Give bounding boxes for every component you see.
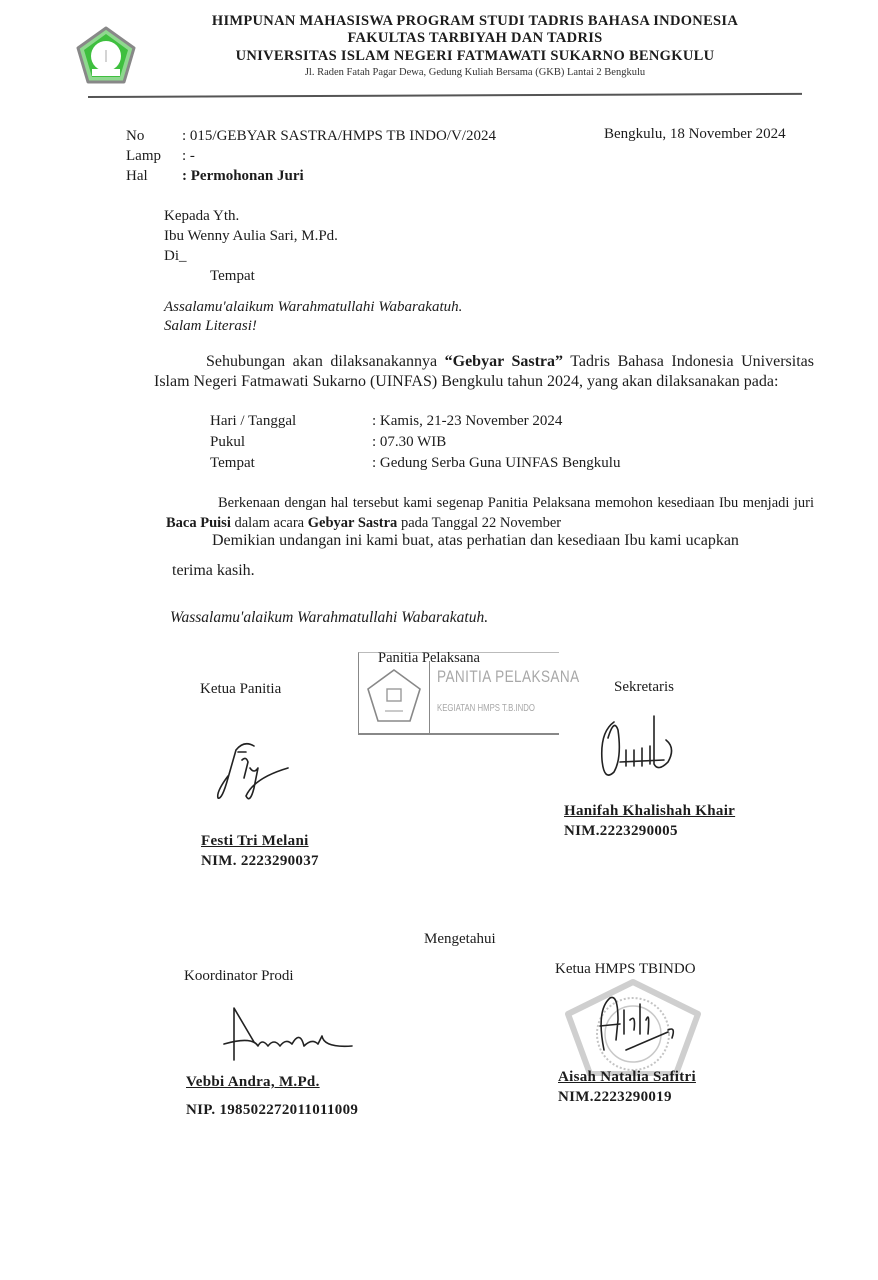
sekretaris-title: Sekretaris bbox=[614, 679, 674, 696]
ketua-name: Festi Tri Melani bbox=[201, 833, 309, 850]
p2-text: Berkenaan dengan hal tersebut kami segen… bbox=[218, 495, 814, 511]
attachment-value: : - bbox=[182, 148, 195, 164]
recipient-di: Di_ bbox=[164, 246, 338, 266]
body-paragraph-1: Sehubungan akan dilaksanakannya “Gebyar … bbox=[154, 352, 814, 392]
sekretaris-nim: NIM.2223290005 bbox=[564, 823, 678, 840]
ketua-hmps-name: Aisah Natalia Safitri bbox=[558, 1069, 696, 1086]
mengetahui-label: Mengetahui bbox=[424, 931, 496, 948]
university-logo-icon bbox=[74, 24, 138, 88]
recipient-name: Ibu Wenny Aulia Sari, M.Pd. bbox=[164, 226, 338, 246]
stamp-text-1: PANITIA PELAKSANA bbox=[437, 667, 580, 687]
p2-text-cont: dalam acara bbox=[231, 515, 308, 531]
stamp-label: Panitia Pelaksana bbox=[378, 650, 480, 667]
no-label: No bbox=[126, 126, 182, 146]
event-name-2: Gebyar Sastra bbox=[308, 515, 398, 531]
detail-label: Hari / Tanggal bbox=[210, 411, 372, 432]
letterhead-faculty: FAKULTAS TARBIYAH DAN TADRIS bbox=[150, 30, 800, 46]
ketua-title: Ketua Panitia bbox=[200, 681, 281, 698]
closing-salam: Wassalamu'alaikum Warahmatullahi Wabarak… bbox=[170, 609, 488, 627]
stamp-text-2: KEGIATAN HMPS T.B.INDO bbox=[437, 703, 535, 714]
letter-meta: No: 015/GEBYAR SASTRA/HMPS TB INDO/V/202… bbox=[126, 126, 496, 186]
ketua-hmps-nim: NIM.2223290019 bbox=[558, 1089, 672, 1106]
detail-value: : Kamis, 21-23 November 2024 bbox=[372, 413, 562, 429]
sekretaris-signature-icon bbox=[592, 712, 682, 786]
greeting-literasi: Salam Literasi! bbox=[164, 317, 462, 336]
detail-label: Pukul bbox=[210, 432, 372, 453]
sekretaris-name: Hanifah Khalishah Khair bbox=[564, 803, 735, 820]
koordinator-name: Vebbi Andra, M.Pd. bbox=[186, 1074, 320, 1091]
detail-row-date: Hari / Tanggal: Kamis, 21-23 November 20… bbox=[210, 411, 620, 432]
subject-value: : Permohonan Juri bbox=[182, 168, 304, 184]
letterhead: HIMPUNAN MAHASISWA PROGRAM STUDI TADRIS … bbox=[150, 12, 800, 80]
ketua-hmps-signature-icon bbox=[586, 990, 686, 1062]
detail-value: : Gedung Serba Guna UINFAS Bengkulu bbox=[372, 455, 620, 471]
ketua-nim: NIM. 2223290037 bbox=[201, 853, 319, 870]
p1-text: Sehubungan akan dilaksanakannya bbox=[206, 353, 445, 370]
body-paragraph-2: Berkenaan dengan hal tersebut kami segen… bbox=[166, 493, 814, 533]
koordinator-nip: NIP. 198502272011011009 bbox=[186, 1102, 358, 1119]
letterhead-address: Jl. Raden Fatah Pagar Dewa, Gedung Kulia… bbox=[150, 66, 800, 80]
place-date: Bengkulu, 18 November 2024 bbox=[604, 126, 786, 143]
event-name: “Gebyar Sastra” bbox=[445, 353, 563, 370]
body-paragraph-3: Demikian undangan ini kami buat, atas pe… bbox=[212, 532, 739, 550]
letter-number: : 015/GEBYAR SASTRA/HMPS TB INDO/V/2024 bbox=[182, 128, 496, 144]
event-details: Hari / Tanggal: Kamis, 21-23 November 20… bbox=[210, 411, 620, 474]
recipient-salutation: Kepada Yth. bbox=[164, 206, 338, 226]
detail-value: : 07.30 WIB bbox=[372, 434, 446, 450]
letterhead-org: HIMPUNAN MAHASISWA PROGRAM STUDI TADRIS … bbox=[150, 12, 800, 30]
koordinator-title: Koordinator Prodi bbox=[184, 968, 294, 985]
hal-label: Hal bbox=[126, 166, 182, 186]
detail-row-time: Pukul: 07.30 WIB bbox=[210, 432, 620, 453]
ketua-signature-icon bbox=[214, 738, 304, 810]
recipient-block: Kepada Yth. Ibu Wenny Aulia Sari, M.Pd. … bbox=[164, 206, 338, 286]
letterhead-divider bbox=[88, 93, 802, 98]
letterhead-university: UNIVERSITAS ISLAM NEGERI FATMAWATI SUKAR… bbox=[150, 46, 800, 66]
p2-date: pada Tanggal 22 November bbox=[397, 515, 561, 531]
greeting-salam: Assalamu'alaikum Warahmatullahi Wabaraka… bbox=[164, 298, 462, 317]
recipient-place: Tempat bbox=[164, 266, 338, 286]
lamp-label: Lamp bbox=[126, 146, 182, 166]
koordinator-signature-icon bbox=[222, 1002, 362, 1064]
detail-label: Tempat bbox=[210, 453, 372, 474]
body-paragraph-3-end: terima kasih. bbox=[172, 562, 255, 580]
role-baca-puisi: Baca Puisi bbox=[166, 515, 231, 531]
stamp-emblem-icon bbox=[365, 667, 423, 725]
greeting: Assalamu'alaikum Warahmatullahi Wabaraka… bbox=[164, 298, 462, 336]
detail-row-place: Tempat: Gedung Serba Guna UINFAS Bengkul… bbox=[210, 453, 620, 474]
